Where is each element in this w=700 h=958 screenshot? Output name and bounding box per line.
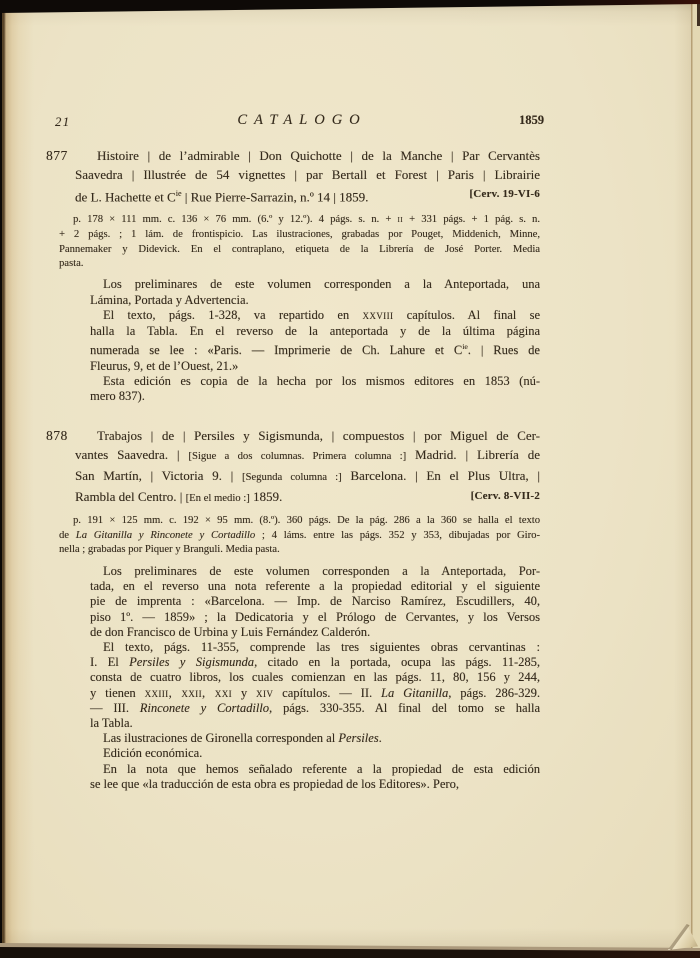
page-edge: [691, 3, 700, 949]
collation-note: p. 191 × 125 mm. c. 192 × 95 mm. (8.º). …: [59, 514, 540, 558]
collation-note: p. 178 × 111 mm. c. 136 × 76 mm. (6.º y …: [59, 213, 540, 272]
page-corner-curl: [668, 924, 698, 950]
text-line: En la nota que hemos señalado referente …: [90, 762, 540, 777]
page-number: 21: [55, 115, 71, 130]
text-line: consta de cuatro libros, los cuales comi…: [90, 670, 540, 685]
text-line: pasta.: [59, 257, 540, 272]
year-heading: 1859: [519, 113, 544, 128]
text-line: Las ilustraciones de Gironella correspon…: [90, 731, 540, 746]
entry-number: 877: [46, 148, 68, 164]
text-line: de La Gitanilla y Rinconete y Cortadillo…: [59, 529, 540, 544]
text-line: nella ; grabadas por Piquer y Branguli. …: [59, 543, 540, 558]
text-line: pie de imprenta : «Barcelona. — Imp. de …: [90, 594, 540, 609]
text-line: Los preliminares de este volumen corresp…: [90, 564, 540, 579]
entry-title: [Cerv. 19-VI-6 Histoire | de l’admirable…: [75, 146, 540, 206]
paragraph: El texto, págs. 1-328, va repartido en x…: [90, 308, 540, 374]
paragraph: Los preliminares de este volumen corresp…: [90, 564, 540, 640]
text-line: halla la Tabla. En el reverso de la ante…: [90, 324, 540, 339]
page-content: 21 CATALOGO 1859 877 [Cerv. 19-VI-6 Hist…: [46, 112, 540, 792]
text-line: San Martín, | Victoria 9. | [Segunda col…: [75, 466, 540, 487]
text-line: p. 178 × 111 mm. c. 136 × 76 mm. (6.º y …: [59, 213, 540, 228]
text-line: se lee que «la traducción de esta obra e…: [90, 777, 540, 792]
paragraph: Edición económica.: [90, 746, 540, 761]
text-line: Histoire | de l’admirable | Don Quichott…: [75, 146, 540, 165]
text-line: tada, en el reverso una nota referente a…: [90, 579, 540, 594]
text-line: vantes Saavedra. | [Sigue a dos columnas…: [75, 445, 540, 466]
text-line: — III. Rinconete y Cortadillo, págs. 330…: [90, 701, 540, 716]
text-line: mero 837).: [90, 389, 540, 404]
entry-number: 878: [46, 428, 68, 444]
text-line: I. El Persiles y Sigismunda, citado en l…: [90, 655, 540, 670]
paragraph: Las ilustraciones de Gironella correspon…: [90, 731, 540, 746]
text-line: Los preliminares de este volumen corresp…: [90, 277, 540, 292]
text-line: la Tabla.: [90, 716, 540, 731]
text-line: p. 191 × 125 mm. c. 192 × 95 mm. (8.º). …: [59, 514, 540, 529]
text-line: Edición económica.: [90, 746, 540, 761]
paragraph: El texto, págs. 11-355, comprende las tr…: [90, 640, 540, 731]
text-line: numerada se lee : «Paris. — Imprimerie d…: [90, 339, 540, 359]
entry-description: Los preliminares de este volumen corresp…: [90, 564, 540, 792]
page-header: 21 CATALOGO 1859: [46, 112, 540, 129]
shelfmark: [Cerv. 8-VII-2: [471, 487, 540, 506]
paragraph: En la nota que hemos señalado referente …: [90, 762, 540, 792]
text-line: + 2 págs. ; 1 lám. de frontispicio. Las …: [59, 228, 540, 243]
catalog-entry-877: 877 [Cerv. 19-VI-6 Histoire | de l’admir…: [46, 146, 540, 405]
paragraph: Esta edición es copia de la hecha por lo…: [90, 374, 540, 405]
text-line: Pannemaker y Didevick. En el contraplano…: [59, 243, 540, 258]
entry-description: Los preliminares de este volumen corresp…: [90, 277, 540, 405]
text-line: El texto, págs. 11-355, comprende las tr…: [90, 640, 540, 655]
catalog-entry-878: 878 [Cerv. 8-VII-2 Trabajos | de | Persi…: [46, 426, 540, 792]
text-line: y tienen xxiii, xxii, xxi y xiv capítulo…: [90, 686, 540, 701]
paragraph: Los preliminares de este volumen corresp…: [90, 277, 540, 308]
text-line: Fleurus, 9, et de l’Ouest, 21.»: [90, 359, 540, 374]
text-line: Esta edición es copia de la hecha por lo…: [90, 374, 540, 389]
shelfmark: [Cerv. 19-VI-6: [469, 185, 540, 204]
text-line: Lámina, Portada y Advertencia.: [90, 293, 540, 308]
entry-title: [Cerv. 8-VII-2 Trabajos | de | Persiles …: [75, 426, 540, 508]
text-line: piso 1º. — 1859» ; la Dedicatoria y el P…: [90, 610, 540, 625]
text-line: Saavedra | Illustrée de 54 vignettes | p…: [75, 165, 540, 184]
scanned-book-photo: { "colors": { "paper": "#ece3c6", "ink":…: [0, 0, 700, 958]
text-line: de don Francisco de Urbina y Luis Fernán…: [90, 625, 540, 640]
text-line: Trabajos | de | Persiles y Sigismunda, |…: [75, 426, 540, 445]
text-line: El texto, págs. 1-328, va repartido en x…: [90, 308, 540, 323]
running-title: CATALOGO: [237, 112, 366, 129]
